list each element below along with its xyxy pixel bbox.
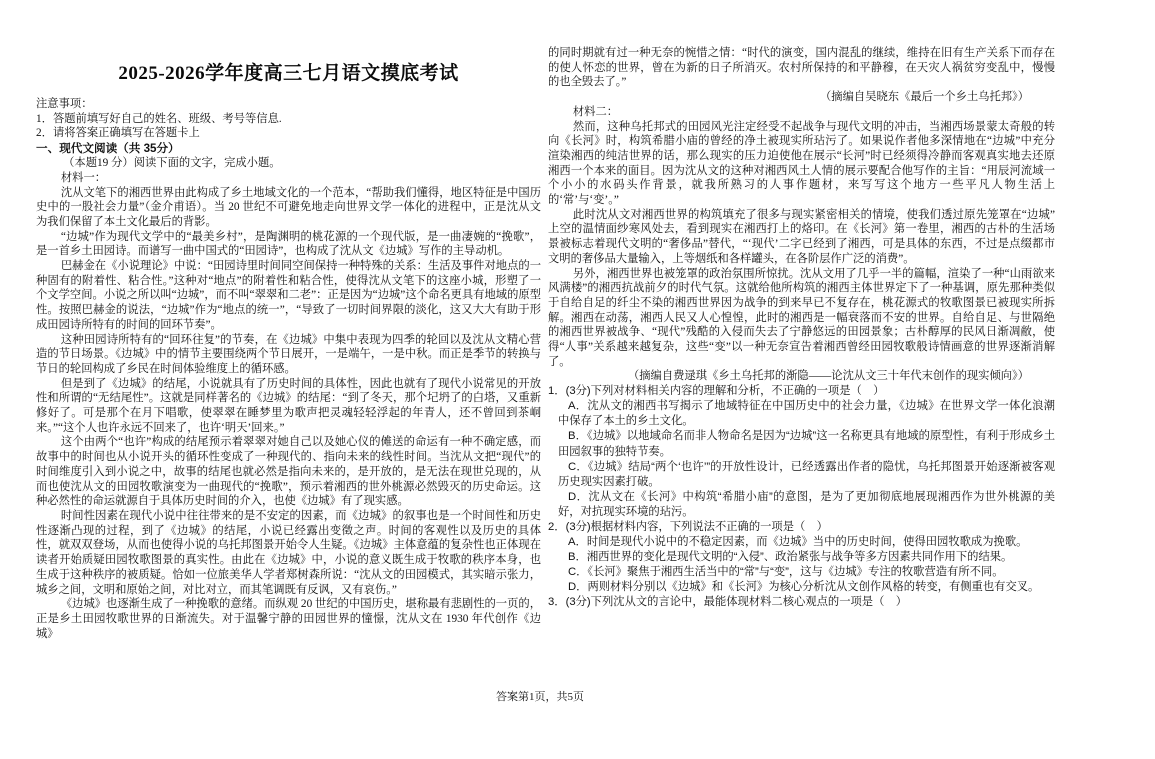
question-intro: （本题19 分）阅读下面的文字，完成小题。	[36, 156, 541, 171]
material1-paragraph: 但是到了《边城》的结尾，小说就具有了历史时间的具体性，因此也就有了现代小说常见的…	[36, 377, 541, 436]
question-2-stem: 2．(3分)根据材料内容，下列说法不正确的一项是（ ）	[548, 520, 1055, 535]
question-2-option-c: C．《长河》聚焦于湘西生活当中的“常”与“变”，这与《边城》专注的牧歌营造有所不…	[548, 565, 1055, 580]
material1-attribution: （摘编自吴晓东《最后一个乡土乌托邦》）	[548, 90, 1055, 105]
material1-paragraph: 沈从文笔下的湘西世界由此构成了乡土地域文化的一个范本，“帮助我们懂得，地区特征是…	[36, 186, 541, 230]
left-column: 2025-2026学年度高三七月语文摸底考试 注意事项： 1．答题前填写好自己的…	[36, 52, 541, 641]
questions-block: 1．(3分)下列对材料相关内容的理解和分析，不正确的一项是（ ） A．沈从文的湘…	[548, 384, 1055, 610]
material1-paragraph: 这个由两个“也许”构成的结尾预示着翠翠对她自己以及她心仪的傩送的命运有一种不确定…	[36, 435, 541, 509]
question-2-option-a: A．时间是现代小说中的不稳定因素，而《边城》当中的历史时间，使得田园牧歌成为挽歌…	[548, 535, 1055, 550]
question-2-option-b: B．湘西世界的变化是现代文明的“入侵”、政治紧张与战争等多方因素共同作用下的结果…	[548, 550, 1055, 565]
material1-paragraph: “边城”作为现代文学中的“最美乡村”，是陶渊明的桃花源的一个现代版，是一曲凄婉的…	[36, 230, 541, 259]
question-1-option-d: D．沈从文在《长河》中构筑“希腊小庙”的意图，是为了更加彻底地展现湘西作为世外桃…	[548, 490, 1055, 520]
right-column: 的同时期就有过一种无奈的惋惜之情：“时代的演变，国内混乱的继续，维持在旧有生产关…	[548, 46, 1055, 611]
page-footer: 答案第1页，共5页	[420, 688, 660, 704]
question-2-option-d: D．两则材料分别以《边城》和《长河》为核心分析沈从文创作风格的转变，有侧重也有交…	[548, 580, 1055, 595]
material2-attribution: （摘编自费逯琪《乡土乌托邦的渐隐——论沈从文三十年代末创作的现实倾向》）	[548, 369, 1055, 384]
material2-paragraph: 另外，湘西世界也被笼罩的政治氛围所惊扰。沈从文用了几乎一半的篇幅，渲染了一种“山…	[548, 267, 1055, 370]
notice-item-1: 1．答题前填写好自己的姓名、班级、考号等信息.	[36, 112, 541, 127]
question-1-option-b: B．《边城》以地域命名而非人物命名是因为“边城”这一名称更具有地域的原型性，有利…	[548, 429, 1055, 459]
material1-paragraph: 《边城》也逐渐生成了一种挽歌的意绪。而纵观 20 世纪的中国历史，堪称最有悲剧性…	[36, 597, 541, 641]
material2-label: 材料二：	[548, 105, 1055, 120]
material1-label: 材料一：	[36, 171, 541, 186]
notice-heading: 注意事项：	[36, 97, 541, 112]
material2-paragraph: 此时沈从文对湘西世界的构筑填充了很多与现实紧密相关的情境，使我们透过原先笼罩在“…	[548, 208, 1055, 267]
section-heading: 一、现代文阅读（共 35分）	[36, 141, 541, 156]
material1-paragraph: 时间性因素在现代小说中往往带来的是不安定的因素，而《边城》的叙事也是一个时间性和…	[36, 509, 541, 597]
exam-title: 2025-2026学年度高三七月语文摸底考试	[36, 58, 541, 85]
question-1-stem: 1．(3分)下列对材料相关内容的理解和分析，不正确的一项是（ ）	[548, 384, 1055, 399]
material1-paragraph-continuation: 的同时期就有过一种无奈的惋惜之情：“时代的演变，国内混乱的继续，维持在旧有生产关…	[548, 46, 1055, 90]
question-1-option-a: A．沈从文的湘西书写揭示了地域特征在中国历史中的社会力量，《边城》在世界文学一体…	[548, 399, 1055, 429]
exam-page: 2025-2026学年度高三七月语文摸底考试 注意事项： 1．答题前填写好自己的…	[0, 0, 1155, 759]
question-3-stem: 3．(3分)下列沈从文的言论中，最能体现材料二核心观点的一项是（ ）	[548, 595, 1055, 610]
question-1-option-c: C．《边城》结局“两个‘也许’”的开放性设计，已经透露出作者的隐忧，乌托邦图景开…	[548, 460, 1055, 490]
material2-paragraph: 然而，这种乌托邦式的田园风光注定经受不起战争与现代文明的冲击，当湘西场景蒙太奇般…	[548, 120, 1055, 208]
notice-item-2: 2．请将答案正确填写在答题卡上	[36, 126, 541, 141]
material1-paragraph: 巴赫金在《小说理论》中说：“田园诗里时间同空间保持一种特殊的关系：生活及事件对地…	[36, 259, 541, 333]
material1-paragraph: 这种田园诗所特有的“回环往复”的节奏，在《边城》中集中表现为四季的轮回以及沈从文…	[36, 333, 541, 377]
